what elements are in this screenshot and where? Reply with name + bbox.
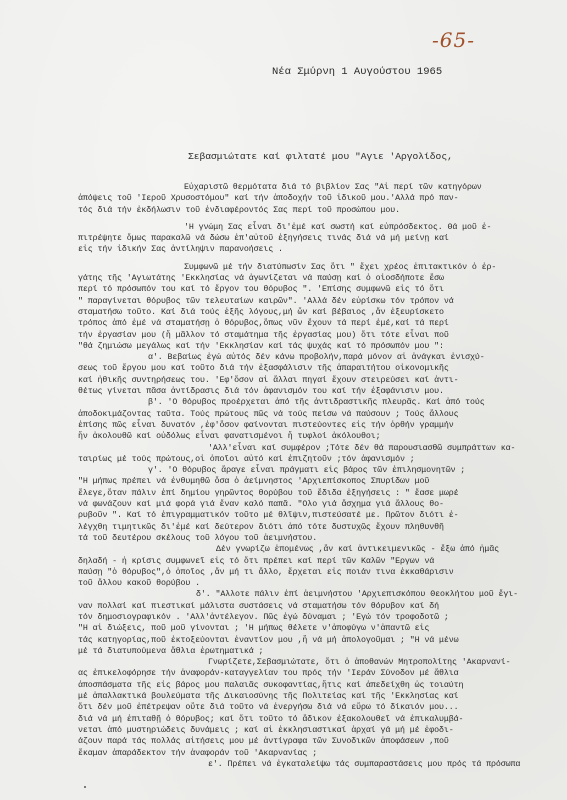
text-line: διά νά μή ἐπιταθῇ ὁ θόρυβος; καί ὅτι τοῦ…: [78, 714, 548, 725]
text-line: περί τό πρόσωπόν του καί τό ἔργον του θό…: [78, 284, 548, 295]
text-line: Γνωρίζετε,Σεβασμιώτατε, ὅτι ὁ ἀποθανών Μ…: [78, 657, 548, 668]
text-line: β'. 'Ο θόρυβος προέρχεται ἀπό τῆς ἀντιδρ…: [78, 397, 548, 408]
text-line: δηλαδή - ἡ κρίσις συμφωνεῖ εἰς τό ὅτι πρ…: [78, 556, 548, 567]
text-line: " παραγίνεται θόρυβος τῶν τελευταίων και…: [78, 296, 548, 307]
text-line: τός διά τήν ἐκδήλωσιν τοῦ ἐνδιαφέροντός …: [78, 205, 548, 216]
text-line: τόν δημοσιογραφικόν . 'Αλλ'ἀντέλεγον. Πῶ…: [78, 612, 548, 623]
text-line: νά φωνάζουν καί μιά φορά γιά ἕναν καλό π…: [78, 499, 548, 510]
text-line: σταματήσω τοῦτο. Καί διά τούς ἑξῆς λόγου…: [78, 307, 548, 318]
text-line: Εὐχαριστῶ θερμότατα διά τό βιβλίον Σας "…: [78, 182, 548, 193]
text-line: τήν ἐργασίαν μου (ἤ μᾶλλον τό σταμάτημα …: [78, 330, 548, 341]
text-line: τρόπος ἀπό ἐμέ νά σταματήσῃ ὁ θόρυβος,ὅπ…: [78, 318, 548, 329]
text-line: ταιρίως μέ τούς πρώτους,οἱ ὁποῖοι αὐτό κ…: [78, 454, 548, 465]
text-line: σεως τοῦ ἔργου μου καί τοῦτο διά τήν ἐξα…: [78, 363, 548, 374]
text-line: "Η αἱ διώξεις, ποῦ μοῦ γίνονται ; 'Η μήπ…: [78, 623, 548, 634]
text-line: ἀπόψεις τοῦ 'Ιεροῦ Χρυσοστόμου" καί τήν …: [78, 193, 548, 204]
text-line: τάς κατηγορίας,ποῦ ἐκτοξεύονται ἐναντίον…: [78, 635, 548, 646]
text-line: ἥν ἀκολουθῶ καί οὐδόλως εἶναι φανατισμέν…: [78, 431, 548, 442]
text-line: ἐπίσης πῶς εἶναι δυνατόν ,ἐφ'ὅσον φαίνον…: [78, 420, 548, 431]
text-line: Συμφωνῶ μέ τήν διατύπωσίν Σας ὅτι " ἔχει…: [78, 262, 548, 273]
text-line: θέτως γίνεται πᾶσα ἀντίδρασις διά τόν ἀφ…: [78, 386, 548, 397]
text-line: 'Αλλ'εἶναι καί συμφέρον ;Τότε δέν θά παρ…: [78, 443, 548, 454]
text-line: ἀποσπάσματα τῆς εἰς βάρος μου παλαιᾶς συ…: [78, 680, 548, 691]
text-line: ὅτι δέν μοῦ ἐπέτρεψαν οὔτε διά τοῦτο νά …: [78, 702, 548, 713]
handwritten-page-number: -65-: [432, 28, 475, 52]
text-line: ρυβοῦν ". Καί τό ἐπιγραμματικόν τοῦτο μέ…: [78, 510, 548, 521]
paragraph: Συμφωνῶ μέ τήν διατύπωσίν Σας ὅτι " ἔχει…: [78, 262, 548, 770]
text-line: ἀποδοκιμάζοντας ταῦτα. Τούς πρώτους πῶς …: [78, 409, 548, 420]
paragraph: Εὐχαριστῶ θερμότατα διά τό βιβλίον Σας "…: [78, 182, 548, 216]
text-line: Δέν γνωρίζω ἑπομένως ,ἄν καί ἀντικειμενι…: [78, 544, 548, 555]
text-line: ἔκαμαν ἀπαράδεκτον τήν ἀναφοράν τοῦ 'Ακα…: [78, 748, 548, 759]
text-line: "Η μήπως πρέπει νά ἐνθυμηθῶ ὅσα ὁ ἀείμνη…: [78, 476, 548, 487]
text-line: άζουν παρά τάς πολλάς αἰτήσεις μου μέ ἀν…: [78, 736, 548, 747]
text-line: τοῦ ἄλλου κακοῦ θορύβου .: [78, 578, 548, 589]
text-line: "θά ζημιώσω μεγάλως καί τήν 'Εκκλησίαν κ…: [78, 341, 548, 352]
text-line: γ'. 'Ο θόρυβος ἄραγε εἶναι πράγματι εἰς …: [78, 465, 548, 476]
text-line: ας ἐπικελοφόρησε τήν ἀναφοράν-καταγγελία…: [78, 668, 548, 679]
text-line: παύσῃ "ὁ θόρυβος",ὁ ὁποῖος ,ἄν μή τι ἄλλ…: [78, 567, 548, 578]
text-line: γάτης τῆς 'Αγιωτάτης 'Εκκλησίας νά ἀγωνί…: [78, 273, 548, 284]
text-line: μέ ἀπαλλακτικά βουλεύματα τῆς Δικαιοσύνη…: [78, 691, 548, 702]
text-line: πιτρέψητε ὅμως παρακαλῶ νά δώσω ἐπ'αὐτοῦ…: [78, 233, 548, 244]
text-line: α'. Βεβαίως ἐγώ αὐτός δέν κάνω προβολήν,…: [78, 352, 548, 363]
text-line: δ'. "Αλλοτε πάλιν ἐπί ἀειμνήστου 'Αρχιεπ…: [78, 589, 548, 600]
text-line: 'Η γνώμη Σας εἶναι δι'ἐμέ καί σωστή καί …: [78, 222, 548, 233]
text-line: ἔλεγε,ὅταν πάλιν ἐπί δημίου γηρῶντος θορ…: [78, 488, 548, 499]
paper-speck: [84, 786, 86, 788]
text-line: λέγχθη τιμητικῶς δι'ἐμέ καί δεύτερον διό…: [78, 522, 548, 533]
text-line: ε'. Πρέπει νά ἐγκαταλείψω τάς συμπαραστά…: [78, 759, 548, 770]
text-line: εἰς τήν ἰδικήν Σας ἀντίληψιν παρανοήσεις…: [78, 244, 548, 255]
text-line: νεται ἀπό μυστηριώδεις δυνάμεις ; καί αἱ…: [78, 725, 548, 736]
salutation: Σεβασμιώτατε καί φιλτατέ μου "Αγιε 'Αργο…: [188, 151, 453, 162]
document-page: -65- Νέα Σμύρνη 1 Αυγούστου 1965 Σεβασμι…: [0, 0, 567, 800]
paragraph: 'Η γνώμη Σας εἶναι δι'ἐμέ καί σωστή καί …: [78, 222, 548, 256]
text-line: μέ τά διατυπούμενα ἄθλια ἐρωτηματικά ;: [78, 646, 548, 657]
text-line: ναν πολλαί καί πιεστικαί μάλιστα συστάσε…: [78, 601, 548, 612]
letter-body: Εὐχαριστῶ θερμότατα διά τό βιβλίον Σας "…: [78, 182, 548, 770]
text-line: τά τοῦ δευτέρου σκέλους τοῦ λόγου τοῦ ἀε…: [78, 533, 548, 544]
text-line: καί ἠθικῆς συντηρήσεως του. 'Εφ'ὅσον αἱ …: [78, 375, 548, 386]
dateline: Νέα Σμύρνη 1 Αυγούστου 1965: [272, 66, 442, 78]
